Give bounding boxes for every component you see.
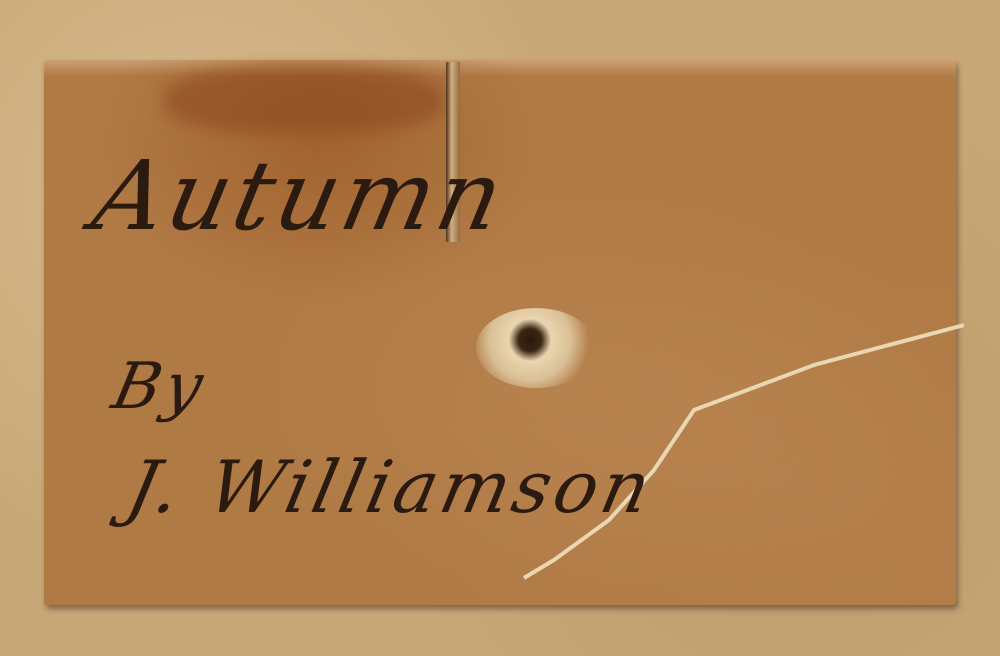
- paper-label: Autumn By J. Williamson: [44, 60, 956, 605]
- water-stain: [164, 68, 444, 133]
- by-text: By: [106, 350, 213, 424]
- title-text: Autumn: [84, 140, 516, 252]
- author-text: J. Williamson: [120, 445, 662, 529]
